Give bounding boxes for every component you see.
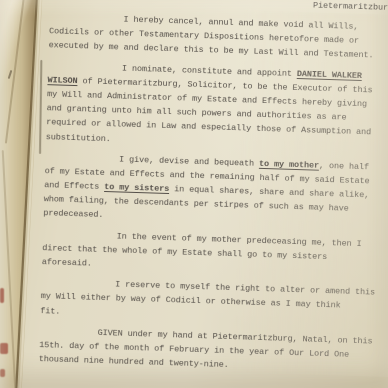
- document-text: I hereby cancel, annul and make void all…: [39, 10, 388, 377]
- underlined-text: to my mother: [259, 159, 319, 171]
- text-segment: aforesaid.: [42, 257, 92, 269]
- text-segment: substitution.: [46, 132, 111, 144]
- text-segment: , one half: [319, 160, 369, 172]
- document-photo: Pietermaritzburg, I hereby cancel, annul…: [0, 0, 388, 388]
- paragraph: I hereby cancel, annul and make void all…: [48, 10, 388, 64]
- paragraph: I nominate, constitute and appoint DANIE…: [46, 59, 388, 155]
- typewritten-text: Pietermaritzburg, I hereby cancel, annul…: [39, 4, 388, 377]
- underlined-text: DANIEL WALKER: [297, 69, 362, 81]
- text-segment: predeceased.: [43, 209, 103, 221]
- red-ink-mark: [0, 369, 5, 377]
- paragraph: I give, devise and bequeath to my mother…: [43, 150, 388, 232]
- underlined-text: WILSON: [47, 75, 77, 86]
- text-segment: fit.: [40, 306, 60, 317]
- red-ink-mark: [0, 288, 4, 303]
- clipped-top-line: Pietermaritzburg,: [313, 0, 388, 15]
- paragraph: I reserve to myself the right to alter o…: [40, 275, 388, 329]
- text-segment: and Effects: [44, 180, 104, 192]
- paragraph: In the event of my mother predeceasing m…: [42, 227, 388, 281]
- underlined-text: to my sisters: [104, 182, 169, 194]
- red-ink-mark: [0, 343, 8, 354]
